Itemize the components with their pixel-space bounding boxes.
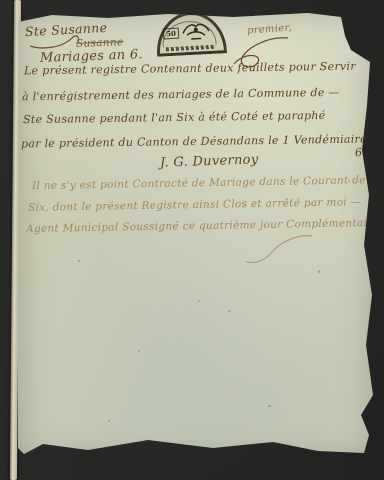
scanned-document-photo: Ste Susanne Susanne Mariages an 6. 50 pr… [0,0,384,480]
paper-speckle [318,270,320,273]
paper-speckle [348,180,350,182]
closing-tail-flourish [228,232,318,268]
paper-speckle [268,405,271,407]
paper-speckle [138,350,140,352]
register-body-line: par le président du Canton de Désandans … [21,133,367,151]
paper-speckle [108,420,110,422]
paper-speckle [198,300,200,302]
register-body-line: à l'enrégistrement des mariages de la Co… [22,86,340,103]
manuscript-page: Ste Susanne Susanne Mariages an 6. 50 pr… [18,10,376,462]
paper-speckle [78,260,80,262]
closing-statement-line: Agent Municipal Soussigné ce quatrième j… [26,217,379,235]
president-signature: J. G. Duvernoy [160,152,259,170]
stamp-eagle-icon [178,18,213,46]
stamp-value: 50 [163,28,180,40]
closing-statement-line: Six, dont le présent Registre ainsi Clos… [28,196,362,214]
revenue-stamp: 50 [155,10,227,57]
folio-number: premier, [247,22,293,36]
register-body-line: Ste Susanne pendant l'an Six à été Coté … [23,109,326,126]
paper-speckle [228,310,231,312]
margin-note-year: 6 [354,146,363,160]
closing-statement-line: Il ne s'y est point Contracté de Mariage… [32,174,384,192]
